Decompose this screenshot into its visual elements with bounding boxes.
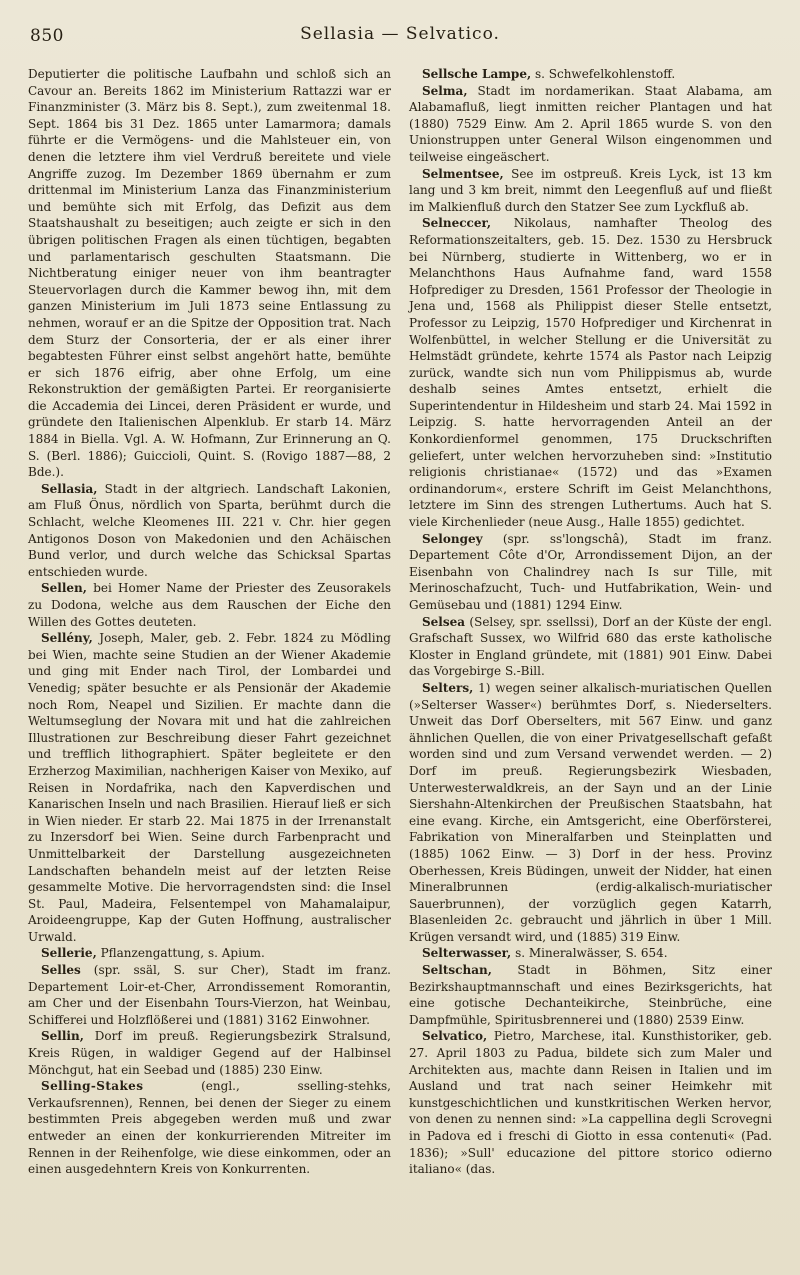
entry-paragraph: Selneccer, Nikolaus, namhafter Theolog d… bbox=[409, 215, 772, 530]
entry-headword: Sellény, bbox=[41, 631, 93, 645]
entry-headword: Selsea bbox=[422, 615, 465, 629]
entry-headword: Selongey bbox=[422, 532, 483, 546]
right-column: Sellsche Lampe, s. Schwefelkohlenstoff.S… bbox=[409, 66, 772, 1178]
entry-paragraph: Sellény, Joseph, Maler, geb. 2. Febr. 18… bbox=[28, 630, 391, 945]
running-title: Sellasia — Selvatico. bbox=[28, 24, 772, 44]
entry-headword: Selmentsee, bbox=[422, 167, 504, 181]
entry-headword: Selvatico, bbox=[422, 1029, 487, 1043]
entry-headword: Sellasia, bbox=[41, 482, 97, 496]
entry-headword: Selles bbox=[41, 963, 81, 977]
entry-headword: Sellsche Lampe, bbox=[422, 67, 531, 81]
entry-paragraph: Selma, Stadt im nordamerikan. Staat Alab… bbox=[409, 83, 772, 166]
entry-headword: Seltschan, bbox=[422, 963, 492, 977]
page-header: 850 Sellasia — Selvatico. bbox=[28, 24, 772, 60]
entry-paragraph: Selvatico, Pietro, Marchese, ital. Kunst… bbox=[409, 1028, 772, 1177]
entry-paragraph: Selongey (spr. ss'longschâ), Stadt im fr… bbox=[409, 531, 772, 614]
entry-paragraph: Selling-Stakes (engl., sselling-stehks, … bbox=[28, 1078, 391, 1178]
entry-headword: Selneccer, bbox=[422, 216, 491, 230]
entry-paragraph: Selmentsee, See im ostpreuß. Kreis Lyck,… bbox=[409, 166, 772, 216]
entry-headword: Selterwasser, bbox=[422, 946, 511, 960]
text-columns: Deputierter die politische Laufbahn und … bbox=[28, 66, 772, 1178]
entry-paragraph: Sellsche Lampe, s. Schwefelkohlenstoff. bbox=[409, 66, 772, 83]
entry-paragraph: Sellasia, Stadt in der altgriech. Landsc… bbox=[28, 481, 391, 581]
entry-paragraph: Sellin, Dorf im preuß. Regierungsbezirk … bbox=[28, 1028, 391, 1078]
entry-paragraph: Selsea (Selsey, spr. ssellssi), Dorf an … bbox=[409, 614, 772, 680]
entry-headword: Selma, bbox=[422, 84, 468, 98]
entry-paragraph: Selters, 1) wegen seiner alkalisch-muria… bbox=[409, 680, 772, 946]
page-number: 850 bbox=[30, 26, 64, 46]
left-column: Deputierter die politische Laufbahn und … bbox=[28, 66, 391, 1178]
entry-headword: Sellerie, bbox=[41, 946, 97, 960]
entry-paragraph: Seltschan, Stadt in Böhmen, Sitz einer B… bbox=[409, 962, 772, 1028]
entry-paragraph: Sellen, bei Homer Name der Priester des … bbox=[28, 580, 391, 630]
entry-paragraph: Deputierter die politische Laufbahn und … bbox=[28, 66, 391, 481]
entry-headword: Sellin, bbox=[41, 1029, 84, 1043]
entry-headword: Sellen, bbox=[41, 581, 87, 595]
entry-paragraph: Selterwasser, s. Mineralwässer, S. 654. bbox=[409, 945, 772, 962]
entry-headword: Selling-Stakes bbox=[41, 1079, 143, 1093]
entry-paragraph: Selles (spr. ssäl, S. sur Cher), Stadt i… bbox=[28, 962, 391, 1028]
entry-headword: Selters, bbox=[422, 681, 473, 695]
encyclopedia-page: 850 Sellasia — Selvatico. Deputierter di… bbox=[0, 0, 800, 1178]
entry-paragraph: Sellerie, Pflanzengattung, s. Apium. bbox=[28, 945, 391, 962]
